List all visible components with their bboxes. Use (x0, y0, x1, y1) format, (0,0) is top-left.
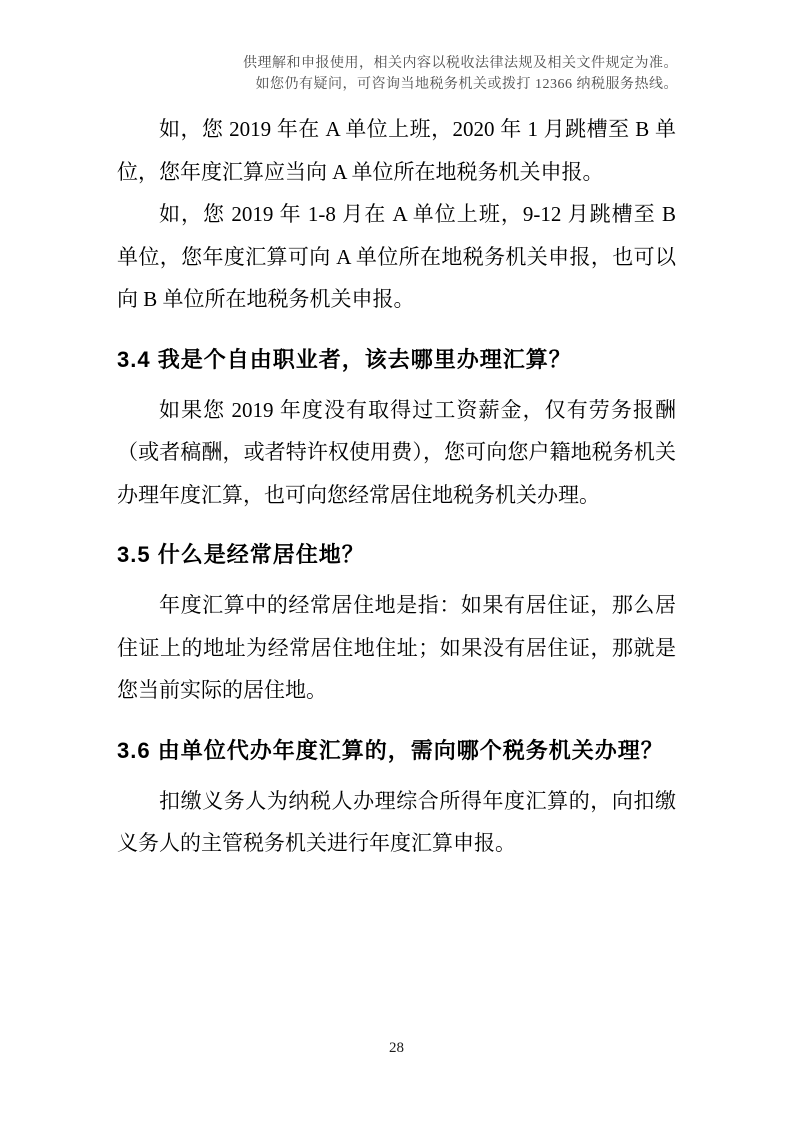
section-3-4-paragraph: 如果您 2019 年度没有取得过工资薪金，仅有劳务报酬（或者稿酬，或者特许权使用… (117, 389, 676, 517)
section-heading-3-4: 3.4 我是个自由职业者，该去哪里办理汇算？ (117, 338, 676, 382)
page-number: 28 (0, 1038, 793, 1058)
section-3-6-paragraph: 扣缴义务人为纳税人办理综合所得年度汇算的，向扣缴义务人的主管税务机关进行年度汇算… (117, 780, 676, 865)
section-3-5-paragraph: 年度汇算中的经常居住地是指：如果有居住证，那么居住证上的地址为经常居住地住址；如… (117, 584, 676, 712)
header-note-line-2: 如您仍有疑问，可咨询当地税务机关或拨打 12366 纳税服务热线。 (117, 74, 678, 95)
intro-paragraph-1: 如，您 2019 年在 A 单位上班，2020 年 1 月跳槽至 B 单位，您年… (117, 108, 676, 193)
section-heading-3-5: 3.5 什么是经常居住地？ (117, 533, 676, 577)
document-page: 供理解和申报使用，相关内容以税收法律法规及相关文件规定为准。 如您仍有疑问，可咨… (0, 0, 793, 1122)
header-note-line-1: 供理解和申报使用，相关内容以税收法律法规及相关文件规定为准。 (117, 53, 678, 74)
intro-paragraph-2: 如，您 2019 年 1-8 月在 A 单位上班，9-12 月跳槽至 B 单位，… (117, 193, 676, 321)
section-heading-3-6: 3.6 由单位代办年度汇算的，需向哪个税务机关办理？ (117, 729, 676, 773)
document-content: 如，您 2019 年在 A 单位上班，2020 年 1 月跳槽至 B 单位，您年… (117, 108, 676, 865)
page-header-note: 供理解和申报使用，相关内容以税收法律法规及相关文件规定为准。 如您仍有疑问，可咨… (117, 53, 678, 95)
